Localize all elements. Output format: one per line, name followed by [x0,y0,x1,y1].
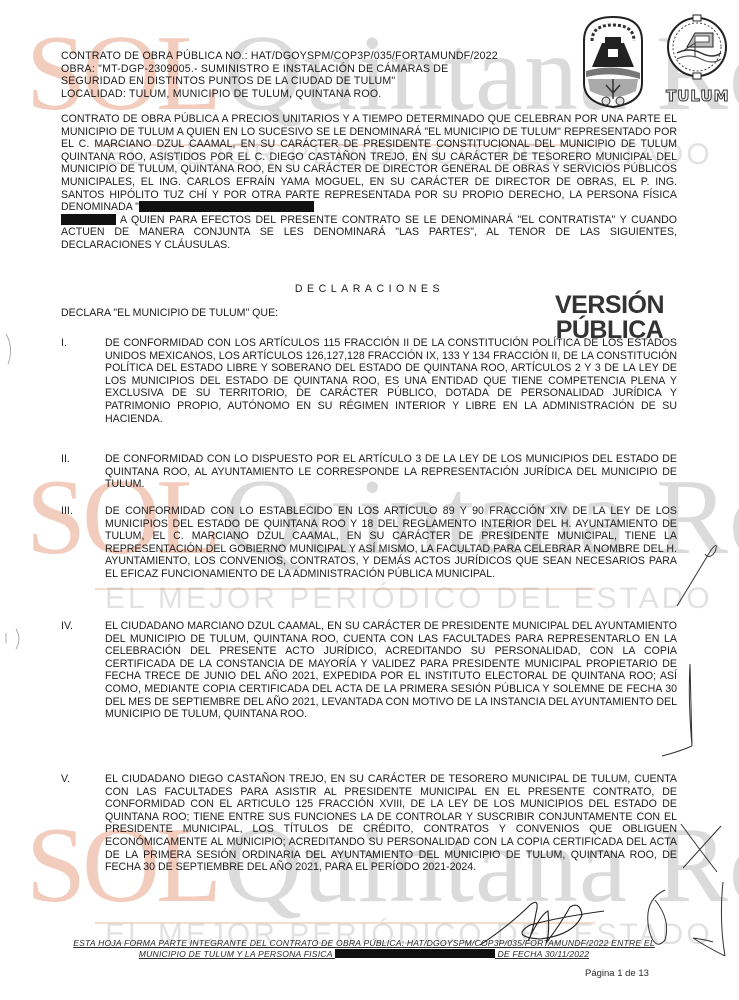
stamp-line-1: VERSIÓN [555,293,664,318]
declaration-number: I. [61,337,101,350]
tulum-seal-icon [665,13,729,83]
margin-mark-icon [2,625,26,655]
contract-number: CONTRATO DE OBRA PÚBLICA NO.: HAT/DGOYSP… [61,50,561,63]
footer-line-1: ESTA HOJA FORMA PARTE INTEGRANTE DEL CON… [44,938,684,949]
intro-paragraph: CONTRATO DE OBRA PÚBLICA A PRECIOS UNITA… [61,113,677,252]
work-title-line-2: SEGURIDAD EN DISTINTOS PUNTOS DE LA CIUD… [61,75,561,88]
redaction-bar [139,201,314,212]
initials-signature-icon [675,540,725,610]
contract-header: CONTRATO DE OBRA PÚBLICA NO.: HAT/DGOYSP… [61,50,561,100]
declaration-text: EL CIUDADANO DIEGO CASTAÑON TREJO, EN SU… [105,773,677,874]
watermark-rule [95,588,595,590]
locality: LOCALIDAD: TULUM, MUNICIPIO DE TULUM, QU… [61,88,561,101]
declaration-heading: DECLARA "EL MUNICIPIO DE TULUM" QUE: [61,307,278,319]
stamp-line-2: PÚBLICA [555,318,664,343]
watermark-rule [95,922,595,924]
declaration-number: III. [61,505,101,518]
declaration-item: I. DE CONFORMIDAD CON LOS ARTÍCULOS 115 … [61,337,677,425]
tulum-wordmark: TULUM [666,87,730,105]
public-version-stamp: VERSIÓN PÚBLICA [555,293,664,343]
intro-text: CONTRATO DE OBRA PÚBLICA A PRECIOS UNITA… [61,113,677,213]
declaration-text: DE CONFORMIDAD CON LO DISPUESTO POR EL A… [105,453,677,491]
municipal-logos: TULUM [568,8,738,108]
declaration-text: EL CIUDADANO MARCIANO DZUL CAAMAL, EN SU… [105,620,677,721]
work-title-line-1: OBRA: "MT-DGP-2309005.- SUMINISTRO E INS… [61,63,561,76]
page-number: Página 1 de 13 [585,968,649,979]
declaration-item: V. EL CIUDADANO DIEGO CASTAÑON TREJO, EN… [61,773,677,874]
footer-note: ESTA HOJA FORMA PARTE INTEGRANTE DEL CON… [44,938,684,960]
declaration-number: II. [61,453,101,466]
footer-line-2-start: MUNICIPIO DE TULUM Y LA PERSONA FISICA [139,949,335,959]
declaration-item: II. DE CONFORMIDAD CON LO DISPUESTO POR … [61,453,677,491]
watermark-tagline: EL MEJOR PERIÓDICO DEL ESTADO [105,582,713,616]
intro-text-continued: A QUIEN PARA EFECTOS DEL PRESENTE CONTRA… [61,214,677,251]
declaration-number: V. [61,773,101,786]
declaration-item: IV. EL CIUDADANO MARCIANO DZUL CAAMAL, E… [61,620,677,721]
declaration-text: DE CONFORMIDAD CON LO ESTABLECIDO EN LOS… [105,505,677,581]
x-mark-icon [677,820,725,876]
redaction-bar [61,214,116,225]
declaration-text: DE CONFORMIDAD CON LOS ARTÍCULOS 115 FRA… [105,337,677,425]
coat-of-arms-icon [578,13,648,109]
document-page: SOL Quintana Roo EL MEJOR PERIÓDICO DEL … [0,0,739,1000]
redaction-bar [335,949,495,958]
declaration-number: IV. [61,620,101,633]
declaration-item: III. DE CONFORMIDAD CON LO ESTABLECIDO E… [61,505,677,581]
footer-line-2-end: DE FECHA 30/11/2022 [495,949,589,959]
margin-mark-icon [0,330,20,370]
